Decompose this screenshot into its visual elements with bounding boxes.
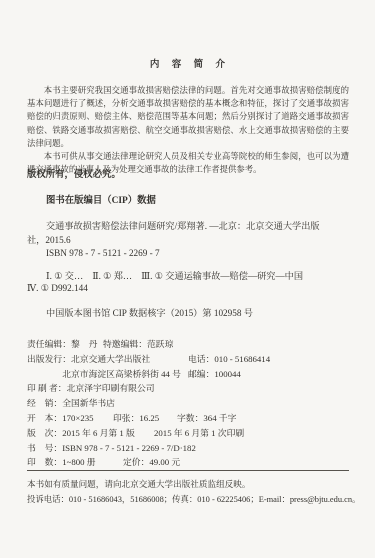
cip-isbn: ISBN 978 - 7 - 5121 - 2269 - 7	[46, 248, 160, 258]
copyright-notice: 版权所有，侵权必究。	[27, 166, 121, 180]
printing: 2015 年 6 月第 1 次印刷	[154, 426, 244, 441]
print-run: 印 数：1~800 册	[27, 457, 96, 467]
responsible-editor: 责任编辑：黎 丹	[27, 339, 97, 349]
cip-classification-line2: Ⅳ. ① D992.144	[27, 283, 88, 294]
cip-heading: 图书在版编目（CIP）数据	[46, 192, 156, 206]
quality-note: 本书如有质量问题，请向北京交通大学出版社质监组反映。	[27, 478, 250, 490]
colophon: 责任编辑：黎 丹特邀编辑：范跃琼 出版发行：北京交通大学出版社电话：010 - …	[27, 337, 357, 470]
postal-code: 邮编：100044	[188, 367, 241, 382]
book-copyright-page: 内 容 简 介 本书主要研究我国交通事故损害赔偿法律的问题。首先对交通事故损害赔…	[0, 0, 375, 558]
complaint-contact-line: 投诉电话：010 - 51686043，51686008；传真：010 - 62…	[27, 493, 360, 505]
cip-record-number: 中国版本图书馆 CIP 数据核字（2015）第 102958 号	[46, 305, 253, 319]
colophon-row-edition: 版 次：2015 年 6 月第 1 版2015 年 6 月第 1 次印刷	[27, 426, 357, 441]
publisher: 出版发行：北京交通大学出版社	[27, 354, 150, 364]
colophon-row-print-run: 印 数：1~800 册定价：49.00 元	[27, 455, 357, 470]
publisher-address: 北京市海淀区高梁桥斜街 44 号	[27, 369, 181, 379]
book-number: 书 号：ISBN 978 - 7 - 5121 - 2269 - 7/D·182	[27, 443, 196, 453]
cip-classification-line1: Ⅰ. ① 交… Ⅱ. ① 郑… Ⅲ. ① 交通运输事故—赔偿—研究—中国	[46, 268, 303, 282]
cip-entry-line2: 社，2015.6	[27, 232, 71, 246]
cip-entry-line1: 交通事故损害赔偿法律问题研究/郑翔著. —北京：北京交通大学出版	[46, 218, 320, 232]
intro-title: 内 容 简 介	[0, 56, 375, 70]
colophon-row-editors: 责任编辑：黎 丹特邀编辑：范跃琼	[27, 337, 357, 352]
colophon-row-book-number: 书 号：ISBN 978 - 7 - 5121 - 2269 - 7/D·182	[27, 441, 357, 456]
colophon-row-printer: 印 刷 者：北京泽宇印刷有限公司	[27, 381, 357, 396]
publisher-phone: 电话：010 - 51686414	[188, 352, 270, 367]
book-format: 开 本：170×235	[27, 413, 94, 423]
colophon-row-distributor: 经 销：全国新华书店	[27, 396, 357, 411]
price: 定价：49.00 元	[123, 455, 180, 470]
word-count: 字数：364 千字	[177, 411, 236, 426]
invited-editor: 特邀编辑：范跃琼	[103, 337, 173, 352]
distributor: 经 销：全国新华书店	[27, 398, 115, 408]
colophon-row-address: 北京市海淀区高梁桥斜街 44 号邮编：100044	[27, 367, 357, 382]
sheet-count: 印张：16.25	[113, 411, 159, 426]
colophon-row-format: 开 本：170×235印张：16.25字数：364 千字	[27, 411, 357, 426]
edition: 版 次：2015 年 6 月第 1 版	[27, 428, 135, 438]
divider-line	[27, 470, 349, 471]
intro-summary: 本书主要研究我国交通事故损害赔偿法律的问题。首先对交通事故损害赔偿制度的基本问题…	[27, 84, 349, 176]
intro-paragraph-1: 本书主要研究我国交通事故损害赔偿法律的问题。首先对交通事故损害赔偿制度的基本问题…	[27, 84, 349, 150]
colophon-row-publisher: 出版发行：北京交通大学出版社电话：010 - 51686414	[27, 352, 357, 367]
printer: 印 刷 者：北京泽宇印刷有限公司	[27, 383, 155, 393]
